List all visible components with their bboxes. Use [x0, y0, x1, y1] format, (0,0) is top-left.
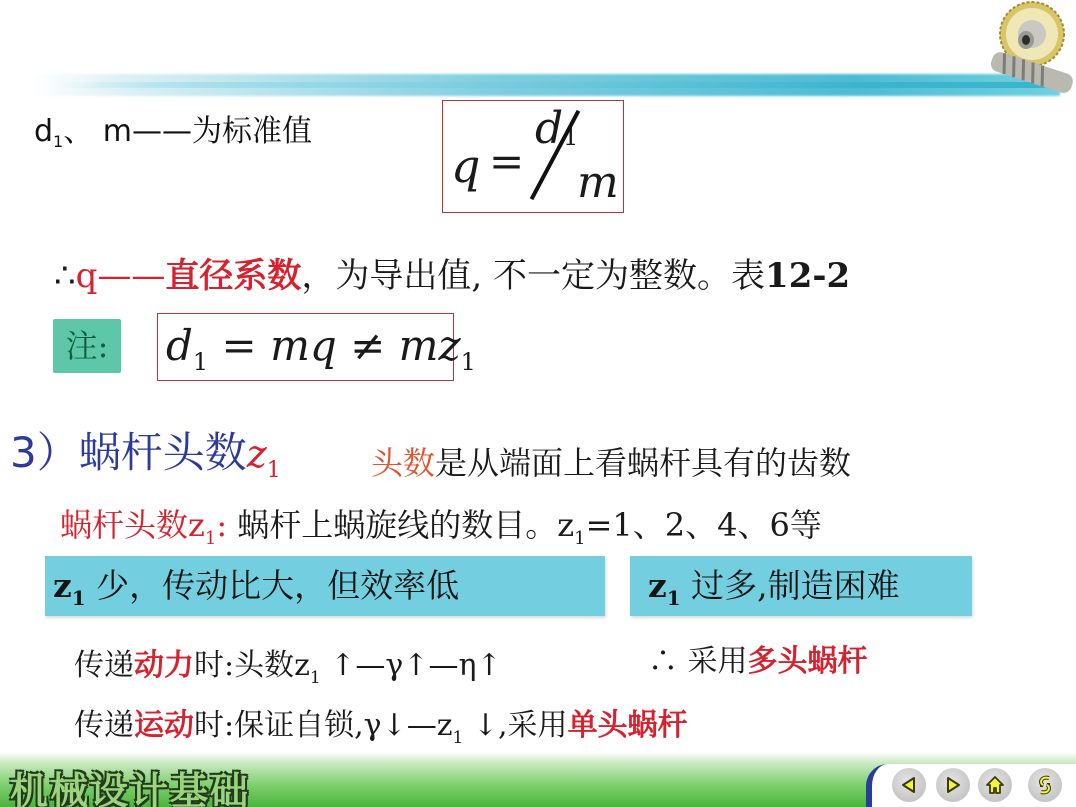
definition-term-sub: 1 — [205, 528, 216, 549]
motion-highlight: 运动 — [134, 708, 194, 743]
next-button[interactable] — [936, 768, 970, 802]
motion-transmission-row: 传递运动时:保证自锁,γ↓—z1 ↓,采用单头蜗杆 — [74, 700, 688, 748]
definition-term: 蜗杆头数z — [60, 506, 205, 544]
section-number: 3） — [10, 428, 79, 477]
d-symbol: d — [34, 114, 53, 149]
standard-values-text: 、 m——为标准值 — [63, 114, 312, 149]
return-icon — [1035, 774, 1055, 796]
multi-start-worm: 多头蜗杆 — [748, 644, 868, 679]
z1-symbol: z1 — [53, 566, 86, 605]
header-rule — [60, 82, 1060, 88]
definition-text: 蜗杆上蜗旋线的数目。z — [237, 506, 574, 544]
d-subscript: 1 — [53, 132, 63, 151]
return-button[interactable] — [1028, 768, 1062, 802]
formula-denominator: m — [577, 157, 619, 208]
single-start-worm: 单头蜗杆 — [568, 708, 688, 743]
diameter-coefficient-line: ∴q——直径系数，为导出值, 不一定为整数。表12-2 — [54, 248, 850, 297]
few-starts-box: z1 少，传动比大，但效率低 — [45, 556, 605, 616]
few-starts-text: 少，传动比大，但效率低 — [96, 566, 459, 605]
standard-values-line: d1、 m——为标准值 — [34, 106, 312, 151]
derived-value-text: ，为导出值, 不一定为整数。表 — [301, 256, 765, 296]
many-starts-box: z1 过多,制造困难 — [630, 556, 972, 616]
many-starts-text: 过多,制造困难 — [691, 566, 900, 605]
section-title: 蜗杆头数 — [79, 428, 247, 477]
starts-highlight: 头数 — [371, 444, 435, 482]
definition-colon: : — [216, 506, 227, 544]
next-arrow-icon — [943, 775, 963, 795]
home-button[interactable] — [978, 768, 1012, 802]
z1-symbol: z1 — [648, 566, 681, 605]
starts-description: 是从端面上看蜗杆具有的齿数 — [435, 444, 851, 482]
worm-gear-icon — [980, 0, 1076, 96]
section-description: 头数是从端面上看蜗杆具有的齿数 — [371, 438, 851, 484]
home-icon — [985, 775, 1005, 795]
worm-gear-image — [980, 0, 1076, 96]
note-label: 注: — [53, 319, 121, 373]
formula-equals: = — [489, 137, 524, 186]
q-symbol: q—— — [76, 256, 166, 296]
formula-q: q — [451, 139, 480, 193]
table-reference: 12-2 — [765, 256, 850, 296]
power-conclusion: ∴ 采用多头蜗杆 — [648, 636, 868, 680]
power-highlight: 动力 — [134, 648, 194, 683]
diameter-quotient-formula: q = d1 m — [442, 100, 624, 213]
prev-arrow-icon — [899, 775, 919, 795]
worm-starts-definition: 蜗杆头数z1: 蜗杆上蜗旋线的数目。z1=1、2、4、6等 — [60, 500, 822, 549]
power-transmission-row: 传递动力时:头数z1 ↑—γ↑—η↑ — [74, 640, 502, 688]
course-brand: 机械设计基础 — [10, 760, 250, 807]
diameter-coefficient-term: 直径系数 — [165, 256, 301, 296]
note-formula: d1 = mq ≠ mz1 — [157, 313, 454, 381]
definition-values: =1、2、4、6等 — [586, 506, 822, 544]
therefore-symbol: ∴ — [54, 256, 76, 296]
section-heading-worm-starts: 3）蜗杆头数z1 — [10, 420, 281, 483]
power-chain: ↑—γ↑—η↑ — [321, 648, 502, 683]
definition-text-sub: 1 — [574, 528, 585, 549]
previous-button[interactable] — [892, 768, 926, 802]
z1-symbol: z1 — [247, 432, 281, 476]
